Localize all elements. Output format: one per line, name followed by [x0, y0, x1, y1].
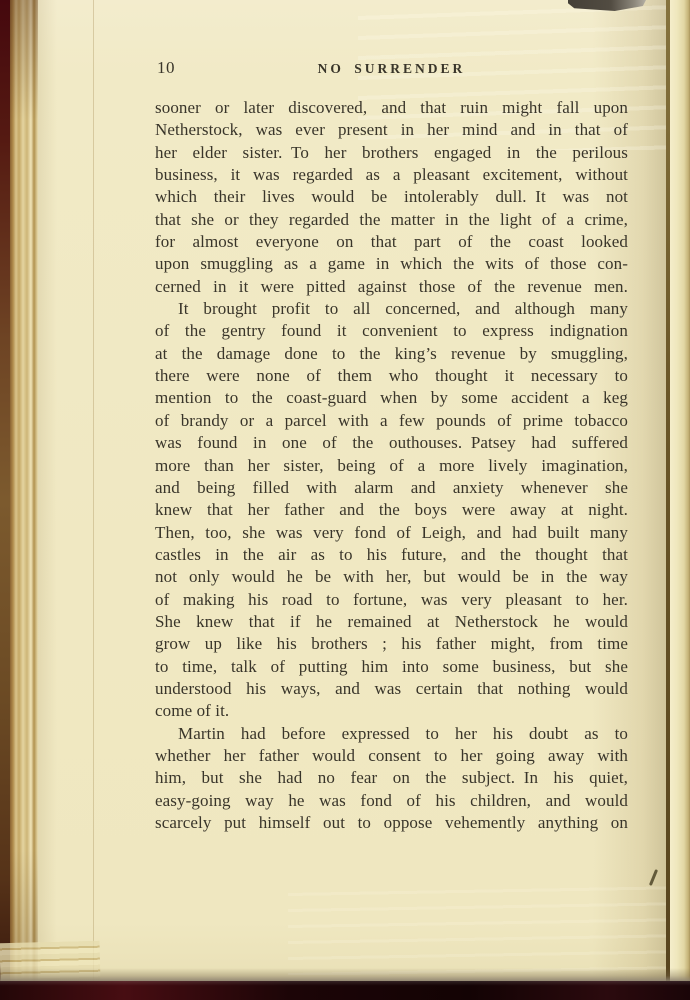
text-line: come of it.	[155, 700, 628, 722]
text-line: She knew that if he remained at Netherst…	[155, 611, 628, 633]
text-line: not only would he be with her, but would…	[155, 566, 628, 588]
book-cover-edge-bottom	[0, 981, 690, 1000]
text-line: understood his ways, and was certain tha…	[155, 678, 628, 700]
page-header: 10 NO SURRENDER	[155, 58, 628, 80]
book-scan: 10 NO SURRENDER sooner or later discover…	[0, 0, 690, 1000]
page-stack-edges-left	[10, 0, 38, 1000]
text-line: her elder sister. To her brothers engage…	[155, 142, 628, 164]
running-title: NO SURRENDER	[155, 61, 628, 77]
text-line: that she or they regarded the matter in …	[155, 209, 628, 231]
text-line: at the damage done to the king’s revenue…	[155, 343, 628, 365]
text-line: Martin had before expressed to her his d…	[155, 723, 628, 745]
text-line: of making his road to fortune, was very …	[155, 589, 628, 611]
text-line: whether her father would consent to her …	[155, 745, 628, 767]
page-bottom-shadow	[0, 968, 690, 982]
text-line: sooner or later discovered, and that rui…	[155, 97, 628, 119]
text-line: easy-going way he was fond of his childr…	[155, 790, 628, 812]
text-line: knew that her father and the boys were a…	[155, 499, 628, 521]
text-line: It brought profit to all concerned, and …	[155, 298, 628, 320]
text-line: Then, too, she was very fond of Leigh, a…	[155, 522, 628, 544]
text-line: was found in one of the outhouses. Patse…	[155, 432, 628, 454]
page-crease-line	[93, 0, 94, 1000]
text-line: of the gentry found it convenient to exp…	[155, 320, 628, 342]
text-line: castles in the air as to his future, and…	[155, 544, 628, 566]
text-line: there were none of them who thought it n…	[155, 365, 628, 387]
text-block: sooner or later discovered, and that rui…	[155, 97, 628, 834]
text-line: him, but she had no fear on the subject.…	[155, 767, 628, 789]
text-line: upon smuggling as a game in which the wi…	[155, 253, 628, 275]
text-line: more than her sister, being of a more li…	[155, 455, 628, 477]
text-line: grow up like his brothers ; his father m…	[155, 633, 628, 655]
text-line: mention to the coast-guard when by some …	[155, 387, 628, 409]
text-line: which their lives would be intolerably d…	[155, 186, 628, 208]
text-line: of brandy or a parcel with a few pounds …	[155, 410, 628, 432]
book-cover-edge-left	[0, 0, 10, 1000]
text-line: business, it was regarded as a pleasant …	[155, 164, 628, 186]
text-line: cerned in it were pitted against those o…	[155, 276, 628, 298]
text-line: to time, talk of putting him into some b…	[155, 656, 628, 678]
text-line: and being filled with alarm and anxiety …	[155, 477, 628, 499]
text-line: Netherstock, was ever present in her min…	[155, 119, 628, 141]
text-line: scarcely put himself out to oppose vehem…	[155, 812, 628, 834]
facing-page-edge-right	[670, 0, 690, 1000]
text-line: for almost everyone on that part of the …	[155, 231, 628, 253]
paper-texture-bottom	[288, 880, 690, 975]
book-page: 10 NO SURRENDER sooner or later discover…	[38, 0, 668, 982]
